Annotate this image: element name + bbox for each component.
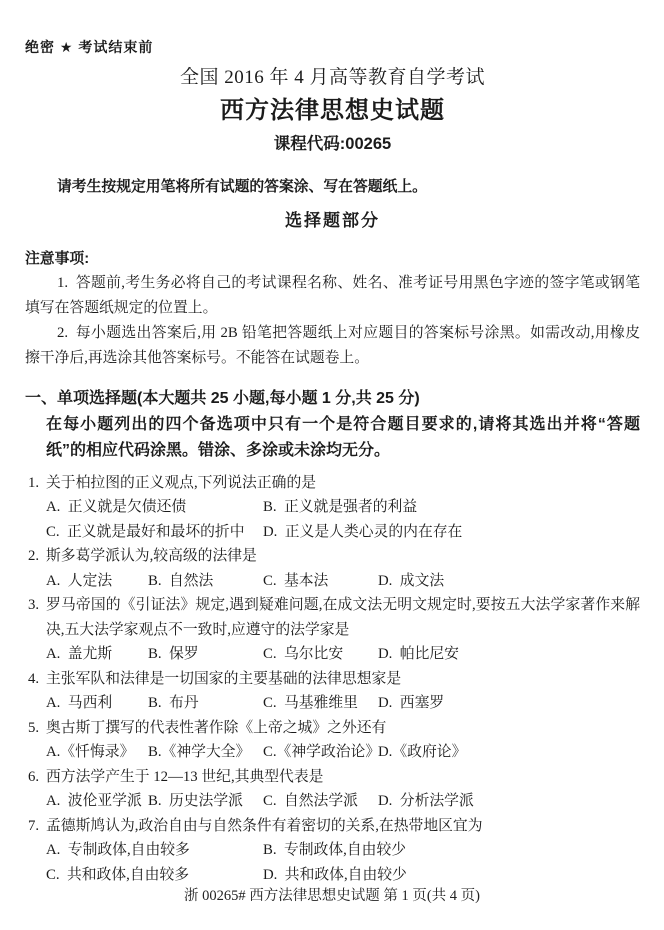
course-code: 课程代码:00265 bbox=[25, 132, 640, 156]
question: 6. 西方法学产生于 12—13 世纪,其典型代表是 A. 波伦亚学派B. 历史… bbox=[25, 765, 640, 814]
option-D: D.《政府论》 bbox=[378, 740, 640, 765]
option-D: D. 分析法学派 bbox=[378, 789, 640, 814]
question-number: 3. bbox=[25, 593, 46, 642]
question-stem-row: 2. 斯多葛学派认为,较高级的法律是 bbox=[25, 544, 640, 569]
section-part-title: 选择题部分 bbox=[25, 208, 640, 234]
option-D: D. 正义是人类心灵的内在存在 bbox=[263, 520, 640, 545]
option-C: C. 共和政体,自由较多 bbox=[46, 863, 263, 888]
option-B: B. 专制政体,自由较少 bbox=[263, 838, 640, 863]
question-stem-row: 1. 关于柏拉图的正义观点,下列说法正确的是 bbox=[25, 471, 640, 496]
note-item-1: 1. 答题前,考生务必将自己的考试课程名称、姓名、准考证号用黑色字迹的签字笔或钢… bbox=[25, 271, 640, 321]
question-stem: 西方法学产生于 12—13 世纪,其典型代表是 bbox=[46, 765, 640, 790]
option-C: C. 自然法学派 bbox=[263, 789, 378, 814]
exam-subject-title: 西方法律思想史试题 bbox=[25, 94, 640, 128]
question-stem-row: 5. 奥古斯丁撰写的代表性著作除《上帝之城》之外还有 bbox=[25, 716, 640, 741]
classified-banner: 绝密 ★ 考试结束前 bbox=[25, 0, 640, 56]
option-C: C. 正义就是最好和最坏的折中 bbox=[46, 520, 263, 545]
question-options: A. 人定法B. 自然法C. 基本法D. 成文法 bbox=[46, 569, 640, 594]
option-A: A. 马西利 bbox=[46, 691, 148, 716]
question-section-subheading: 在每小题列出的四个备选项中只有一个是符合题目要求的,请将其选出并将“答题纸”的相… bbox=[25, 412, 640, 464]
note-item-2: 2. 每小题选出答案后,用 2B 铅笔把答题纸上对应题目的答案标号涂黑。如需改动… bbox=[25, 321, 640, 371]
question: 4. 主张军队和法律是一切国家的主要基础的法律思想家是 A. 马西利B. 布丹C… bbox=[25, 667, 640, 716]
option-B: B.《神学大全》 bbox=[148, 740, 263, 765]
exam-session-title: 全国 2016 年 4 月高等教育自学考试 bbox=[25, 65, 640, 91]
option-C: C.《神学政治论》 bbox=[263, 740, 378, 765]
question-number: 5. bbox=[25, 716, 46, 741]
question-number: 6. bbox=[25, 765, 46, 790]
option-D: D. 西塞罗 bbox=[378, 691, 640, 716]
question: 5. 奥古斯丁撰写的代表性著作除《上帝之城》之外还有 A.《忏悔录》B.《神学大… bbox=[25, 716, 640, 765]
question-stem-row: 3. 罗马帝国的《引证法》规定,遇到疑难问题,在成文法无明文规定时,要按五大法学… bbox=[25, 593, 640, 642]
question-stem-row: 7. 孟德斯鸠认为,政治自由与自然条件有着密切的关系,在热带地区宜为 bbox=[25, 814, 640, 839]
question-options: A. 盖尤斯B. 保罗C. 乌尔比安D. 帕比尼安 bbox=[46, 642, 640, 667]
question: 7. 孟德斯鸠认为,政治自由与自然条件有着密切的关系,在热带地区宜为 A. 专制… bbox=[25, 814, 640, 888]
option-B: B. 正义就是强者的利益 bbox=[263, 495, 640, 520]
notes-heading: 注意事项: bbox=[25, 249, 640, 269]
option-A: A. 波伦亚学派 bbox=[46, 789, 148, 814]
answer-instruction: 请考生按规定用笔将所有试题的答案涂、写在答题纸上。 bbox=[25, 177, 640, 197]
question-options: A. 专制政体,自由较多B. 专制政体,自由较少C. 共和政体,自由较多D. 共… bbox=[46, 838, 640, 887]
option-C: C. 乌尔比安 bbox=[263, 642, 378, 667]
page-footer: 浙 00265# 西方法律思想史试题 第 1 页(共 4 页) bbox=[0, 886, 664, 906]
question: 1. 关于柏拉图的正义观点,下列说法正确的是 A. 正义就是欠债还债B. 正义就… bbox=[25, 471, 640, 545]
question-options: A. 正义就是欠债还债B. 正义就是强者的利益C. 正义就是最好和最坏的折中D.… bbox=[46, 495, 640, 544]
option-D: D. 共和政体,自由较少 bbox=[263, 863, 640, 888]
question-stem-row: 4. 主张军队和法律是一切国家的主要基础的法律思想家是 bbox=[25, 667, 640, 692]
option-B: B. 自然法 bbox=[148, 569, 263, 594]
question-options: A. 波伦亚学派B. 历史法学派C. 自然法学派D. 分析法学派 bbox=[46, 789, 640, 814]
question-stem: 主张军队和法律是一切国家的主要基础的法律思想家是 bbox=[46, 667, 640, 692]
option-C: C. 基本法 bbox=[263, 569, 378, 594]
question-stem: 奥古斯丁撰写的代表性著作除《上帝之城》之外还有 bbox=[46, 716, 640, 741]
question-number: 4. bbox=[25, 667, 46, 692]
question-stem: 孟德斯鸠认为,政治自由与自然条件有着密切的关系,在热带地区宜为 bbox=[46, 814, 640, 839]
question-stem: 斯多葛学派认为,较高级的法律是 bbox=[46, 544, 640, 569]
question-stem: 罗马帝国的《引证法》规定,遇到疑难问题,在成文法无明文规定时,要按五大法学家著作… bbox=[46, 593, 640, 642]
question-number: 2. bbox=[25, 544, 46, 569]
option-B: B. 历史法学派 bbox=[148, 789, 263, 814]
question-options: A.《忏悔录》B.《神学大全》C.《神学政治论》D.《政府论》 bbox=[46, 740, 640, 765]
question-number: 1. bbox=[25, 471, 46, 496]
question-section-heading: 一、单项选择题(本大题共 25 小题,每小题 1 分,共 25 分) bbox=[25, 388, 640, 409]
option-D: D. 成文法 bbox=[378, 569, 640, 594]
question-number: 7. bbox=[25, 814, 46, 839]
option-A: A. 盖尤斯 bbox=[46, 642, 148, 667]
question-stem: 关于柏拉图的正义观点,下列说法正确的是 bbox=[46, 471, 640, 496]
option-A: A.《忏悔录》 bbox=[46, 740, 148, 765]
option-A: A. 正义就是欠债还债 bbox=[46, 495, 263, 520]
question: 2. 斯多葛学派认为,较高级的法律是 A. 人定法B. 自然法C. 基本法D. … bbox=[25, 544, 640, 593]
option-D: D. 帕比尼安 bbox=[378, 642, 640, 667]
exam-paper-page: 绝密 ★ 考试结束前 全国 2016 年 4 月高等教育自学考试 西方法律思想史… bbox=[0, 0, 664, 930]
questions-list: 1. 关于柏拉图的正义观点,下列说法正确的是 A. 正义就是欠债还债B. 正义就… bbox=[25, 471, 640, 888]
option-B: B. 布丹 bbox=[148, 691, 263, 716]
question: 3. 罗马帝国的《引证法》规定,遇到疑难问题,在成文法无明文规定时,要按五大法学… bbox=[25, 593, 640, 667]
question-options: A. 马西利B. 布丹C. 马基雅维里D. 西塞罗 bbox=[46, 691, 640, 716]
option-A: A. 人定法 bbox=[46, 569, 148, 594]
option-B: B. 保罗 bbox=[148, 642, 263, 667]
option-A: A. 专制政体,自由较多 bbox=[46, 838, 263, 863]
question-stem-row: 6. 西方法学产生于 12—13 世纪,其典型代表是 bbox=[25, 765, 640, 790]
option-C: C. 马基雅维里 bbox=[263, 691, 378, 716]
